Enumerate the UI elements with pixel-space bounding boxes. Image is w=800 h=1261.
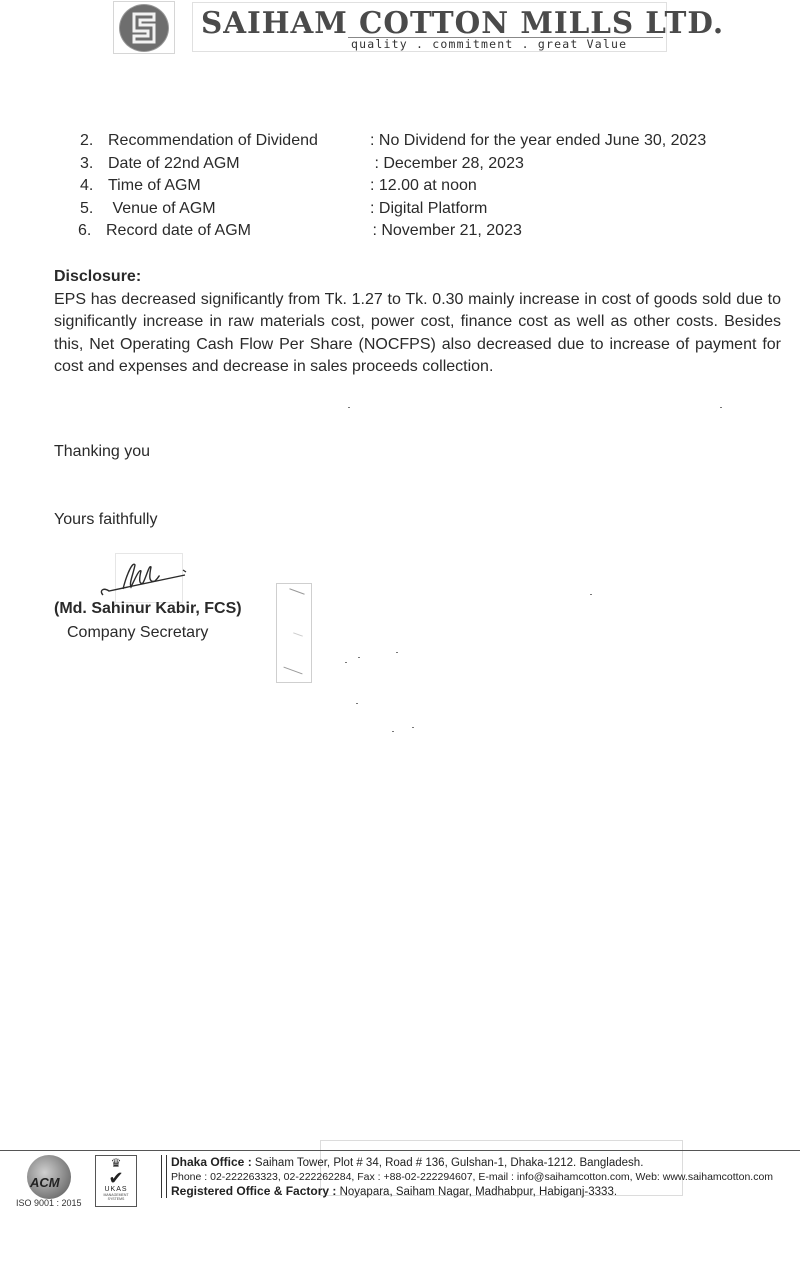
signer-name: (Md. Sahinur Kabir, FCS) (54, 600, 242, 618)
item-number: 3. (80, 153, 108, 176)
item-label: Recommendation of Dividend (108, 130, 370, 153)
acm-label: ACM (30, 1175, 60, 1190)
company-tagline: quality . commitment . great Value (351, 37, 627, 51)
ukas-badge: ♛ ✔ UKAS MANAGEMENT SYSTEMS (95, 1155, 137, 1207)
company-brand: SAIHAM COTTON MILLS LTD. quality . commi… (192, 2, 667, 52)
footer-divider (0, 1150, 800, 1151)
footer-contact-block: Dhaka Office : Saiham Tower, Plot # 34, … (171, 1155, 773, 1199)
agm-info-list: 2. Recommendation of Dividend : No Divid… (80, 130, 706, 243)
info-row-agm-venue: 5. Venue of AGM : Digital Platform (80, 198, 706, 221)
signature-icon (95, 553, 195, 603)
item-number: 6. (78, 220, 106, 243)
item-value: : December 28, 2023 (370, 153, 524, 176)
dhaka-office-line: Dhaka Office : Saiham Tower, Plot # 34, … (171, 1155, 773, 1170)
item-number: 4. (80, 175, 108, 198)
item-label: Date of 22nd AGM (108, 153, 370, 176)
company-logo (113, 1, 175, 54)
registered-office-line: Registered Office & Factory : Noyapara, … (171, 1184, 773, 1199)
disclosure-section: Disclosure: EPS has decreased significan… (54, 266, 781, 379)
item-value: : 12.00 at noon (370, 175, 477, 198)
disclosure-text: EPS has decreased significantly from Tk.… (54, 289, 781, 379)
disclosure-title: Disclosure: (54, 266, 781, 289)
item-number: 5. (80, 198, 108, 221)
footer-double-bar (161, 1155, 167, 1198)
ukas-label: UKAS (96, 1186, 136, 1193)
faded-stamp (276, 583, 312, 683)
info-row-record-date: 6. Record date of AGM : November 21, 202… (78, 220, 706, 243)
info-row-agm-time: 4. Time of AGM : 12.00 at noon (80, 175, 706, 198)
dhaka-office-address: Saiham Tower, Plot # 34, Road # 136, Gul… (255, 1157, 643, 1169)
closing-yours: Yours faithfully (54, 511, 157, 529)
checkmark-icon: ✔ (96, 1170, 136, 1186)
contact-line: Phone : 02-222263323, 02-222262284, Fax … (171, 1170, 773, 1184)
item-label: Record date of AGM (106, 220, 368, 243)
item-value: : No Dividend for the year ended June 30… (370, 130, 706, 153)
company-s-logo-icon (119, 4, 169, 52)
closing-thanks: Thanking you (54, 443, 150, 461)
info-row-dividend: 2. Recommendation of Dividend : No Divid… (80, 130, 706, 153)
ukas-sublabel: MANAGEMENT SYSTEMS (96, 1193, 136, 1201)
iso-certification: ISO 9001 : 2015 (16, 1198, 82, 1208)
company-name: SAIHAM COTTON MILLS LTD. (201, 6, 724, 41)
item-label: Time of AGM (108, 175, 370, 198)
item-number: 2. (80, 130, 108, 153)
item-value: : Digital Platform (370, 198, 487, 221)
registered-office-address: Noyapara, Saiham Nagar, Madhabpur, Habig… (340, 1186, 617, 1198)
item-label: Venue of AGM (108, 198, 370, 221)
dhaka-office-label: Dhaka Office : (171, 1155, 252, 1169)
signer-title: Company Secretary (67, 624, 208, 642)
registered-office-label: Registered Office & Factory : (171, 1184, 336, 1198)
info-row-agm-date: 3. Date of 22nd AGM : December 28, 2023 (80, 153, 706, 176)
item-value: : November 21, 2023 (368, 220, 522, 243)
